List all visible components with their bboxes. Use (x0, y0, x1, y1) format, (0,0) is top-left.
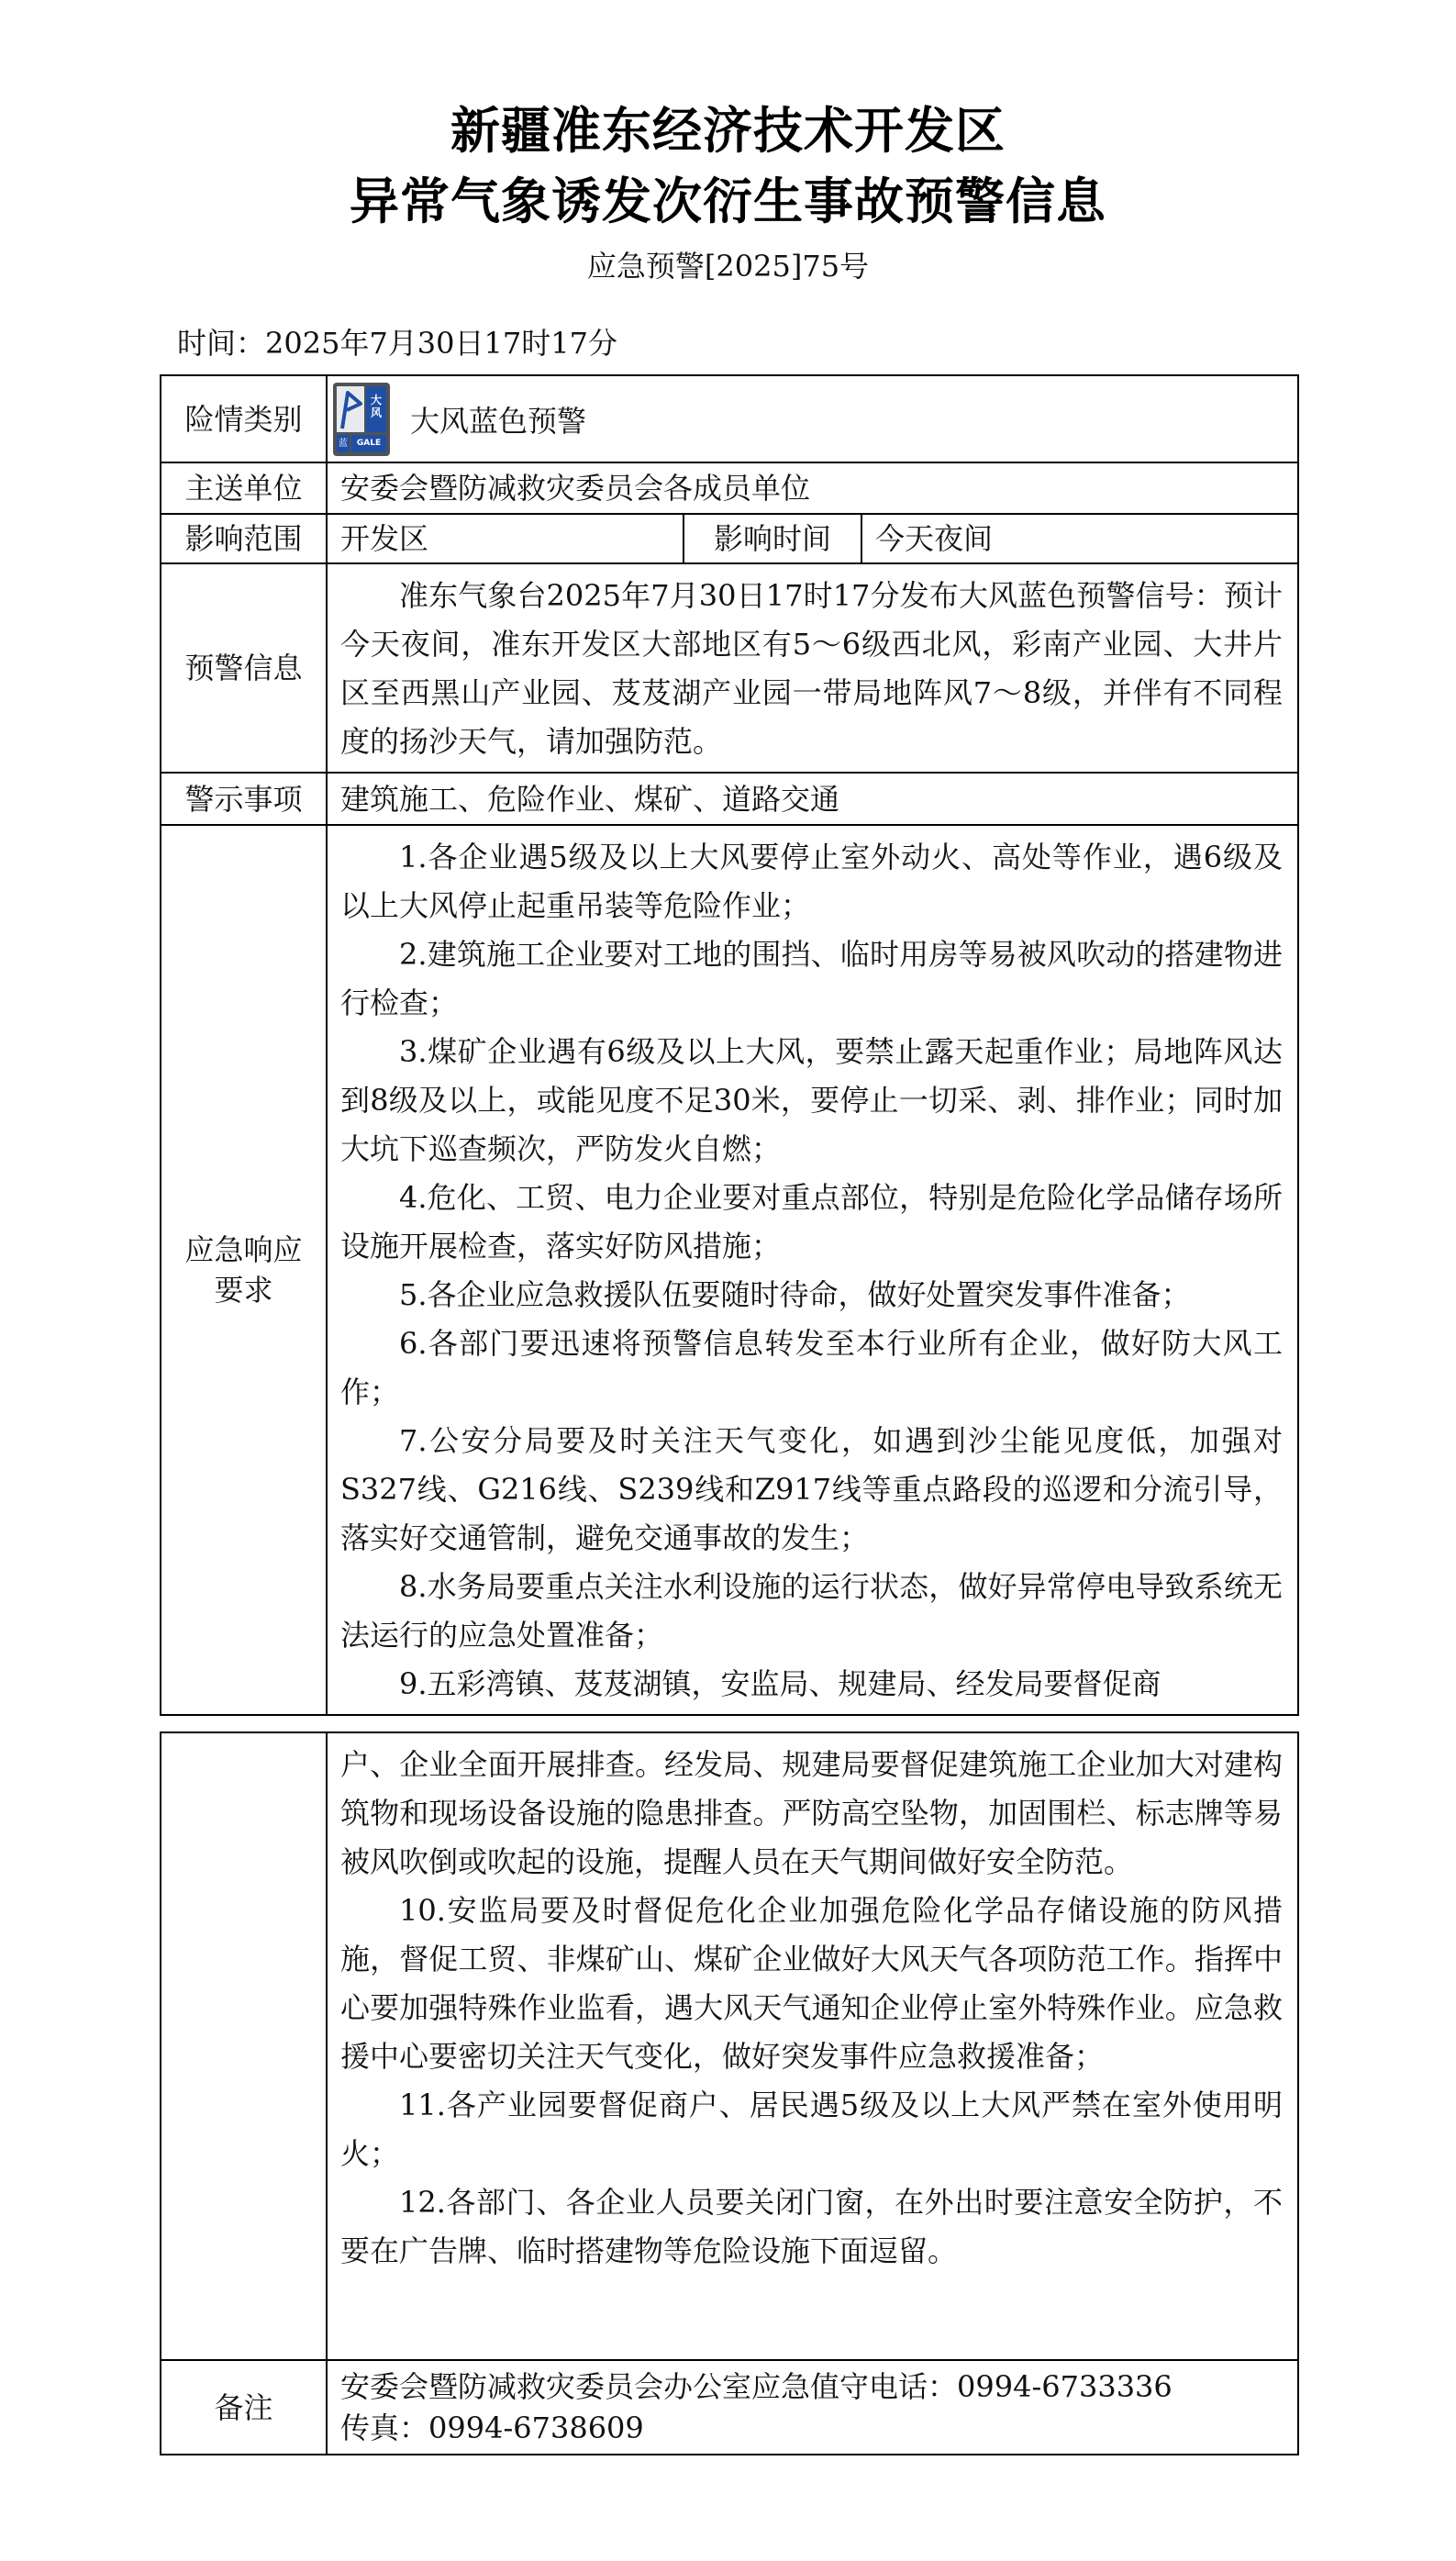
gale-text: GALE (351, 435, 386, 452)
response-label: 应急响应 要求 (161, 825, 327, 1715)
recipient-label: 主送单位 (161, 462, 327, 514)
document-title-line1: 新疆准东经济技术开发区 (0, 104, 1456, 159)
document-title-line2: 异常气象诱发次衍生事故预警信息 (0, 174, 1456, 229)
document-number: 应急预警[2025]75号 (0, 248, 1456, 284)
duty-phone: 安委会暨防减救灾委员会办公室应急值守电话：0994-6733336 (340, 2366, 1297, 2408)
category-cell: 大风 蓝 GALE 大风蓝色预警 (327, 375, 1298, 462)
gale-char: 大风 (366, 386, 386, 432)
response-item: 3.煤矿企业遇有6级及以上大风，要禁止露天起重作业；局地阵风达到8级及以上，或能… (340, 1028, 1283, 1174)
flag-icon (339, 390, 363, 430)
blue-char: 蓝 (337, 435, 350, 452)
fax-number: 传真：0994-6738609 (340, 2408, 1297, 2449)
category-label: 险情类别 (161, 375, 327, 462)
response-label-empty (161, 1732, 327, 2360)
warning-info-cell: 准东气象台2025年7月30日17时17分发布大风蓝色预警信号：预计今天夜间，准… (327, 563, 1298, 773)
issue-time: 时间：2025年7月30日17时17分 (177, 323, 617, 363)
gale-blue-warning-icon: 大风 蓝 GALE (333, 383, 390, 456)
response-cell: 1.各企业遇5级及以上大风要停止室外动火、高处等作业，遇6级及以上大风停止起重吊… (327, 825, 1298, 1715)
row-response: 应急响应 要求 1.各企业遇5级及以上大风要停止室外动火、高处等作业，遇6级及以… (161, 825, 1298, 1715)
alert-items-label: 警示事项 (161, 773, 327, 825)
impact-time-value: 今天夜间 (861, 514, 1298, 563)
alert-items-value: 建筑施工、危险作业、煤矿、道路交通 (327, 773, 1298, 825)
scope-label: 影响范围 (161, 514, 327, 563)
response-item: 7.公安分局要及时关注天气变化，如遇到沙尘能见度低，加强对S327线、G216线… (340, 1417, 1283, 1563)
row-scope: 影响范围 开发区 影响时间 今天夜间 (161, 514, 1298, 563)
response-label-line1: 应急响应 (161, 1230, 326, 1270)
response-item: 9.五彩湾镇、芨芨湖镇，安监局、规建局、经发局要督促商 (340, 1660, 1283, 1709)
response-item: 5.各企业应急救援队伍要随时待命，做好处置突发事件准备； (340, 1271, 1283, 1319)
row-response-continued: 户、企业全面开展排查。经发局、规建局要督促建筑施工企业加大对建构筑物和现场设备设… (161, 1732, 1298, 2360)
row-remarks: 备注 安委会暨防减救灾委员会办公室应急值守电话：0994-6733336 传真：… (161, 2360, 1298, 2455)
remarks-cell: 安委会暨防减救灾委员会办公室应急值守电话：0994-6733336 传真：099… (327, 2360, 1298, 2455)
response-item: 2.建筑施工企业要对工地的围挡、临时用房等易被风吹动的搭建物进行检查； (340, 930, 1283, 1028)
response-item: 12.各部门、各企业人员要关闭门窗，在外出时要注意安全防护，不要在广告牌、临时搭… (340, 2178, 1283, 2276)
row-recipient: 主送单位 安委会暨防减救灾委员会各成员单位 (161, 462, 1298, 514)
response-item: 10.安监局要及时督促危化企业加强危险化学品存储设施的防风措施，督促工贸、非煤矿… (340, 1887, 1283, 2081)
recipient-value: 安委会暨防减救灾委员会各成员单位 (327, 462, 1298, 514)
response-item: 4.危化、工贸、电力企业要对重点部位，特别是危险化学品储存场所设施开展检查，落实… (340, 1174, 1283, 1271)
response-continued-cell: 户、企业全面开展排查。经发局、规建局要督促建筑施工企业加大对建构筑物和现场设备设… (327, 1732, 1298, 2360)
warning-table: 险情类别 大风 蓝 GALE 大风蓝色预警 主送单位 安委会暨防减救灾委员会各成… (160, 374, 1299, 1716)
response-item: 8.水务局要重点关注水利设施的运行状态，做好异常停电导致系统无法运行的应急处置准… (340, 1563, 1283, 1660)
row-category: 险情类别 大风 蓝 GALE 大风蓝色预警 (161, 375, 1298, 462)
remarks-label: 备注 (161, 2360, 327, 2455)
warning-info-text: 准东气象台2025年7月30日17时17分发布大风蓝色预警信号：预计今天夜间，准… (340, 572, 1283, 766)
row-warning-info: 预警信息 准东气象台2025年7月30日17时17分发布大风蓝色预警信号：预计今… (161, 563, 1298, 773)
category-value: 大风蓝色预警 (410, 398, 586, 440)
scope-value: 开发区 (327, 514, 684, 563)
response-item: 11.各产业园要督促商户、居民遇5级及以上大风严禁在室外使用明火； (340, 2081, 1283, 2178)
warning-info-label: 预警信息 (161, 563, 327, 773)
response-label-line2: 要求 (161, 1270, 326, 1310)
warning-table-continued: 户、企业全面开展排查。经发局、规建局要督促建筑施工企业加大对建构筑物和现场设备设… (160, 1731, 1299, 2455)
impact-time-label: 影响时间 (684, 514, 861, 563)
row-alert-items: 警示事项 建筑施工、危险作业、煤矿、道路交通 (161, 773, 1298, 825)
response-item-continued: 户、企业全面开展排查。经发局、规建局要督促建筑施工企业加大对建构筑物和现场设备设… (340, 1741, 1283, 1887)
response-item: 6.各部门要迅速将预警信息转发至本行业所有企业，做好防大风工作； (340, 1319, 1283, 1417)
response-item: 1.各企业遇5级及以上大风要停止室外动火、高处等作业，遇6级及以上大风停止起重吊… (340, 833, 1283, 930)
